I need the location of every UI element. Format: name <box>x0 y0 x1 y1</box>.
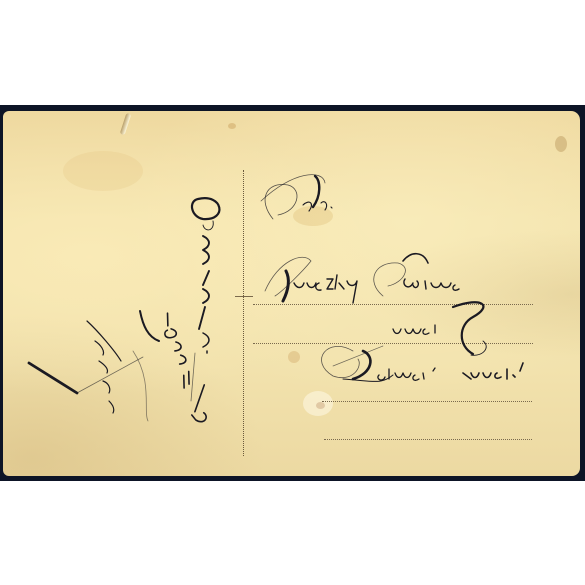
handwriting-tek <box>261 175 332 219</box>
handwriting-szatmar <box>322 346 523 381</box>
handwriting-urnak <box>333 302 486 366</box>
handwriting-name <box>265 254 459 303</box>
postcard: Tek. Vuczky Jozsefné úrnak Szatmár Német… <box>3 111 580 476</box>
handwriting-ink <box>3 111 580 476</box>
handwriting-date <box>156 310 216 425</box>
handwriting-emlekul <box>191 198 219 401</box>
handwriting-signature <box>29 311 159 421</box>
